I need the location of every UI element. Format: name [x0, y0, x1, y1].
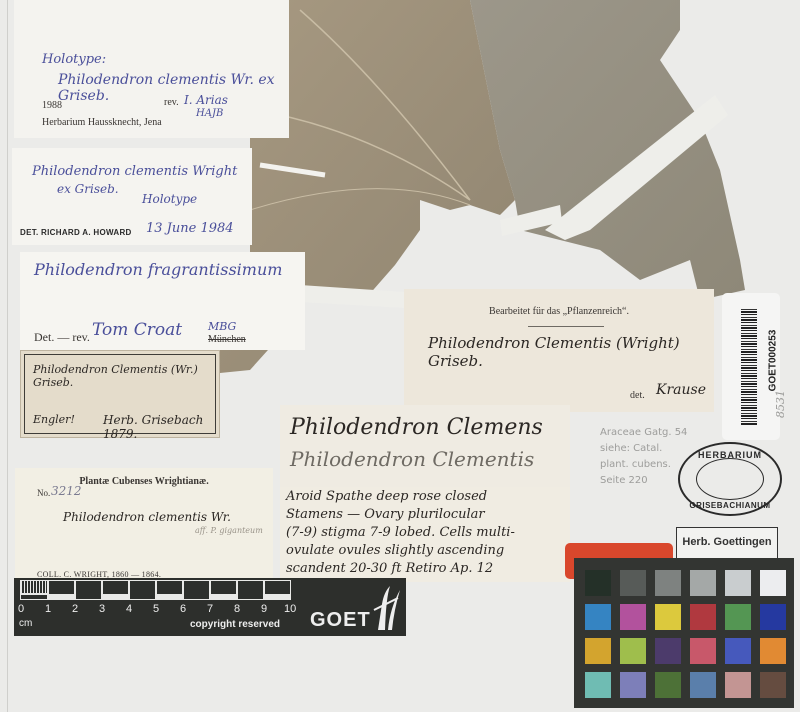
color-swatch	[725, 570, 751, 596]
color-swatch	[585, 638, 611, 664]
description-line: (7-9) stigma 7-9 lobed. Cells multi-	[286, 525, 515, 540]
wright-no-prefix: No.	[37, 488, 50, 498]
pflanzenreich-det-prefix: det.	[630, 390, 645, 401]
color-swatch	[585, 570, 611, 596]
color-swatch	[585, 604, 611, 630]
color-swatch	[585, 672, 611, 698]
howard-date: 13 June 1984	[146, 221, 234, 236]
ruler-tick: 9	[261, 603, 267, 615]
grisebach-herb: Herb. Grisebach 1879.	[103, 413, 219, 441]
description-line: scandent 20-30 ft Retiro Ap. 12	[286, 561, 493, 576]
color-swatch	[725, 638, 751, 664]
description-line: Aroid Spathe deep rose closed	[286, 489, 487, 504]
grisebach-note: Engler!	[33, 413, 75, 426]
holotype-title: Holotype:	[42, 52, 106, 67]
pflanzenreich-name: Philodendron Clementis (Wright) Griseb.	[428, 334, 714, 370]
grisebach-label: Philodendron Clementis (Wr.) Griseb. Eng…	[20, 350, 220, 438]
color-swatch	[620, 604, 646, 630]
clemens-label: Philodendron Clemens Philodendron Clemen…	[280, 405, 570, 490]
color-swatch	[760, 570, 786, 596]
goet-logo-icon	[372, 584, 402, 632]
description-line: ovulate ovules slightly ascending	[286, 543, 504, 558]
croat-name: Philodendron fragrantissimum	[34, 260, 282, 279]
color-swatch	[620, 638, 646, 664]
stamp-inner-ring	[696, 458, 764, 500]
ruler-scale	[20, 580, 292, 600]
scale-ruler: 0 1 2 3 4 5 6 7 8 9 10 cm copyright rese…	[14, 578, 406, 636]
pflanzenreich-header: Bearbeitet für das „Pflanzenreich“.	[404, 306, 714, 317]
ruler-tick: 4	[126, 603, 132, 615]
color-swatch	[655, 672, 681, 698]
color-swatch	[725, 604, 751, 630]
ruler-tick: 2	[72, 603, 78, 615]
pflanzenreich-label: Bearbeitet für das „Pflanzenreich“. Phil…	[404, 289, 714, 412]
grisebach-name: Philodendron Clementis (Wr.) Griseb.	[33, 363, 219, 389]
divider	[528, 326, 604, 327]
pencil-line: Seite 220	[600, 473, 687, 489]
wright-label: Plantæ Cubenses Wrightianæ. No. 3212 Phi…	[15, 468, 273, 580]
ruler-tick: 10	[284, 603, 296, 615]
howard-note: Holotype	[142, 192, 197, 206]
color-swatch	[655, 570, 681, 596]
ruler-tick: 5	[153, 603, 159, 615]
color-swatch	[690, 638, 716, 664]
color-swatch	[690, 672, 716, 698]
clemens-line1: Philodendron Clemens	[290, 415, 543, 440]
holotype-year: 1988	[42, 100, 62, 111]
croat-det-prefix: Det. — rev.	[34, 330, 90, 345]
ruler-tick: 0	[18, 603, 24, 615]
color-swatch	[620, 570, 646, 596]
ruler-unit: cm	[19, 618, 32, 629]
ruler-tick: 6	[180, 603, 186, 615]
color-checker-card	[574, 558, 794, 708]
pflanzenreich-det-name: Krause	[656, 382, 706, 398]
croat-inst: MBG	[208, 320, 236, 333]
clemens-line2: Philodendron Clementis	[290, 447, 534, 471]
howard-line2: ex Griseb.	[57, 182, 119, 196]
herbarium-sheet: Holotype: Philodendron clementis Wr. ex …	[0, 0, 800, 712]
barcode-label: Herb. Goettingen GOET000253	[722, 293, 780, 440]
croat-label: Philodendron fragrantissimum Det. — rev.…	[20, 252, 305, 350]
holotype-rev-name: I. Arias	[184, 93, 228, 107]
color-swatch	[760, 672, 786, 698]
ruler-copyright: copyright reserved	[190, 619, 280, 630]
howard-label: Philodendron clementis Wright ex Griseb.…	[12, 148, 252, 245]
color-swatch	[655, 638, 681, 664]
stamp-top-text: HERBARIUM	[680, 450, 780, 460]
holotype-rev-inst: HAJB	[196, 108, 223, 119]
ruler-tick: 8	[234, 603, 240, 615]
ruler-tick: 7	[207, 603, 213, 615]
pencil-line: siehe: Catal.	[600, 441, 687, 457]
goet-logo-text: GOET	[310, 609, 371, 632]
howard-det: DET. RICHARD A. HOWARD	[20, 228, 132, 237]
color-swatch	[690, 570, 716, 596]
sheet-number: 8531	[774, 390, 787, 418]
color-swatch	[620, 672, 646, 698]
color-swatch	[690, 604, 716, 630]
pencil-note: Araceae Gatg. 54 siehe: Catal. plant. cu…	[600, 425, 687, 489]
holotype-rev-prefix: rev.	[164, 97, 179, 108]
croat-det-name: Tom Croat	[92, 320, 182, 340]
herbarium-stamp: HERBARIUM GRISEBACHIANUM	[678, 442, 782, 516]
color-swatch	[725, 672, 751, 698]
wright-name: Philodendron clementis Wr.	[63, 510, 231, 524]
pencil-line: plant. cubens.	[600, 457, 687, 473]
description-label: Aroid Spathe deep rose closed Stamens — …	[280, 487, 570, 582]
wright-aff: aff. P. giganteum	[195, 526, 263, 535]
stamp-bottom-text: GRISEBACHIANUM	[680, 501, 780, 510]
ruler-tick: 1	[45, 603, 51, 615]
holotype-label: Holotype: Philodendron clementis Wr. ex …	[14, 0, 289, 138]
wright-no-value: 3212	[51, 484, 82, 498]
barcode-icon	[741, 307, 757, 425]
holotype-institution: Herbarium Haussknecht, Jena	[42, 117, 162, 128]
description-line: Stamens — Ovary plurilocular	[286, 507, 485, 522]
color-swatch	[760, 604, 786, 630]
herb-goettingen-box: Herb. Goettingen	[676, 527, 778, 559]
pencil-line: Araceae Gatg. 54	[600, 425, 687, 441]
howard-line1: Philodendron clementis Wright	[32, 164, 237, 179]
color-swatch	[655, 604, 681, 630]
ruler-tick: 3	[99, 603, 105, 615]
croat-inst-struck: München	[208, 334, 246, 345]
color-swatch	[760, 638, 786, 664]
